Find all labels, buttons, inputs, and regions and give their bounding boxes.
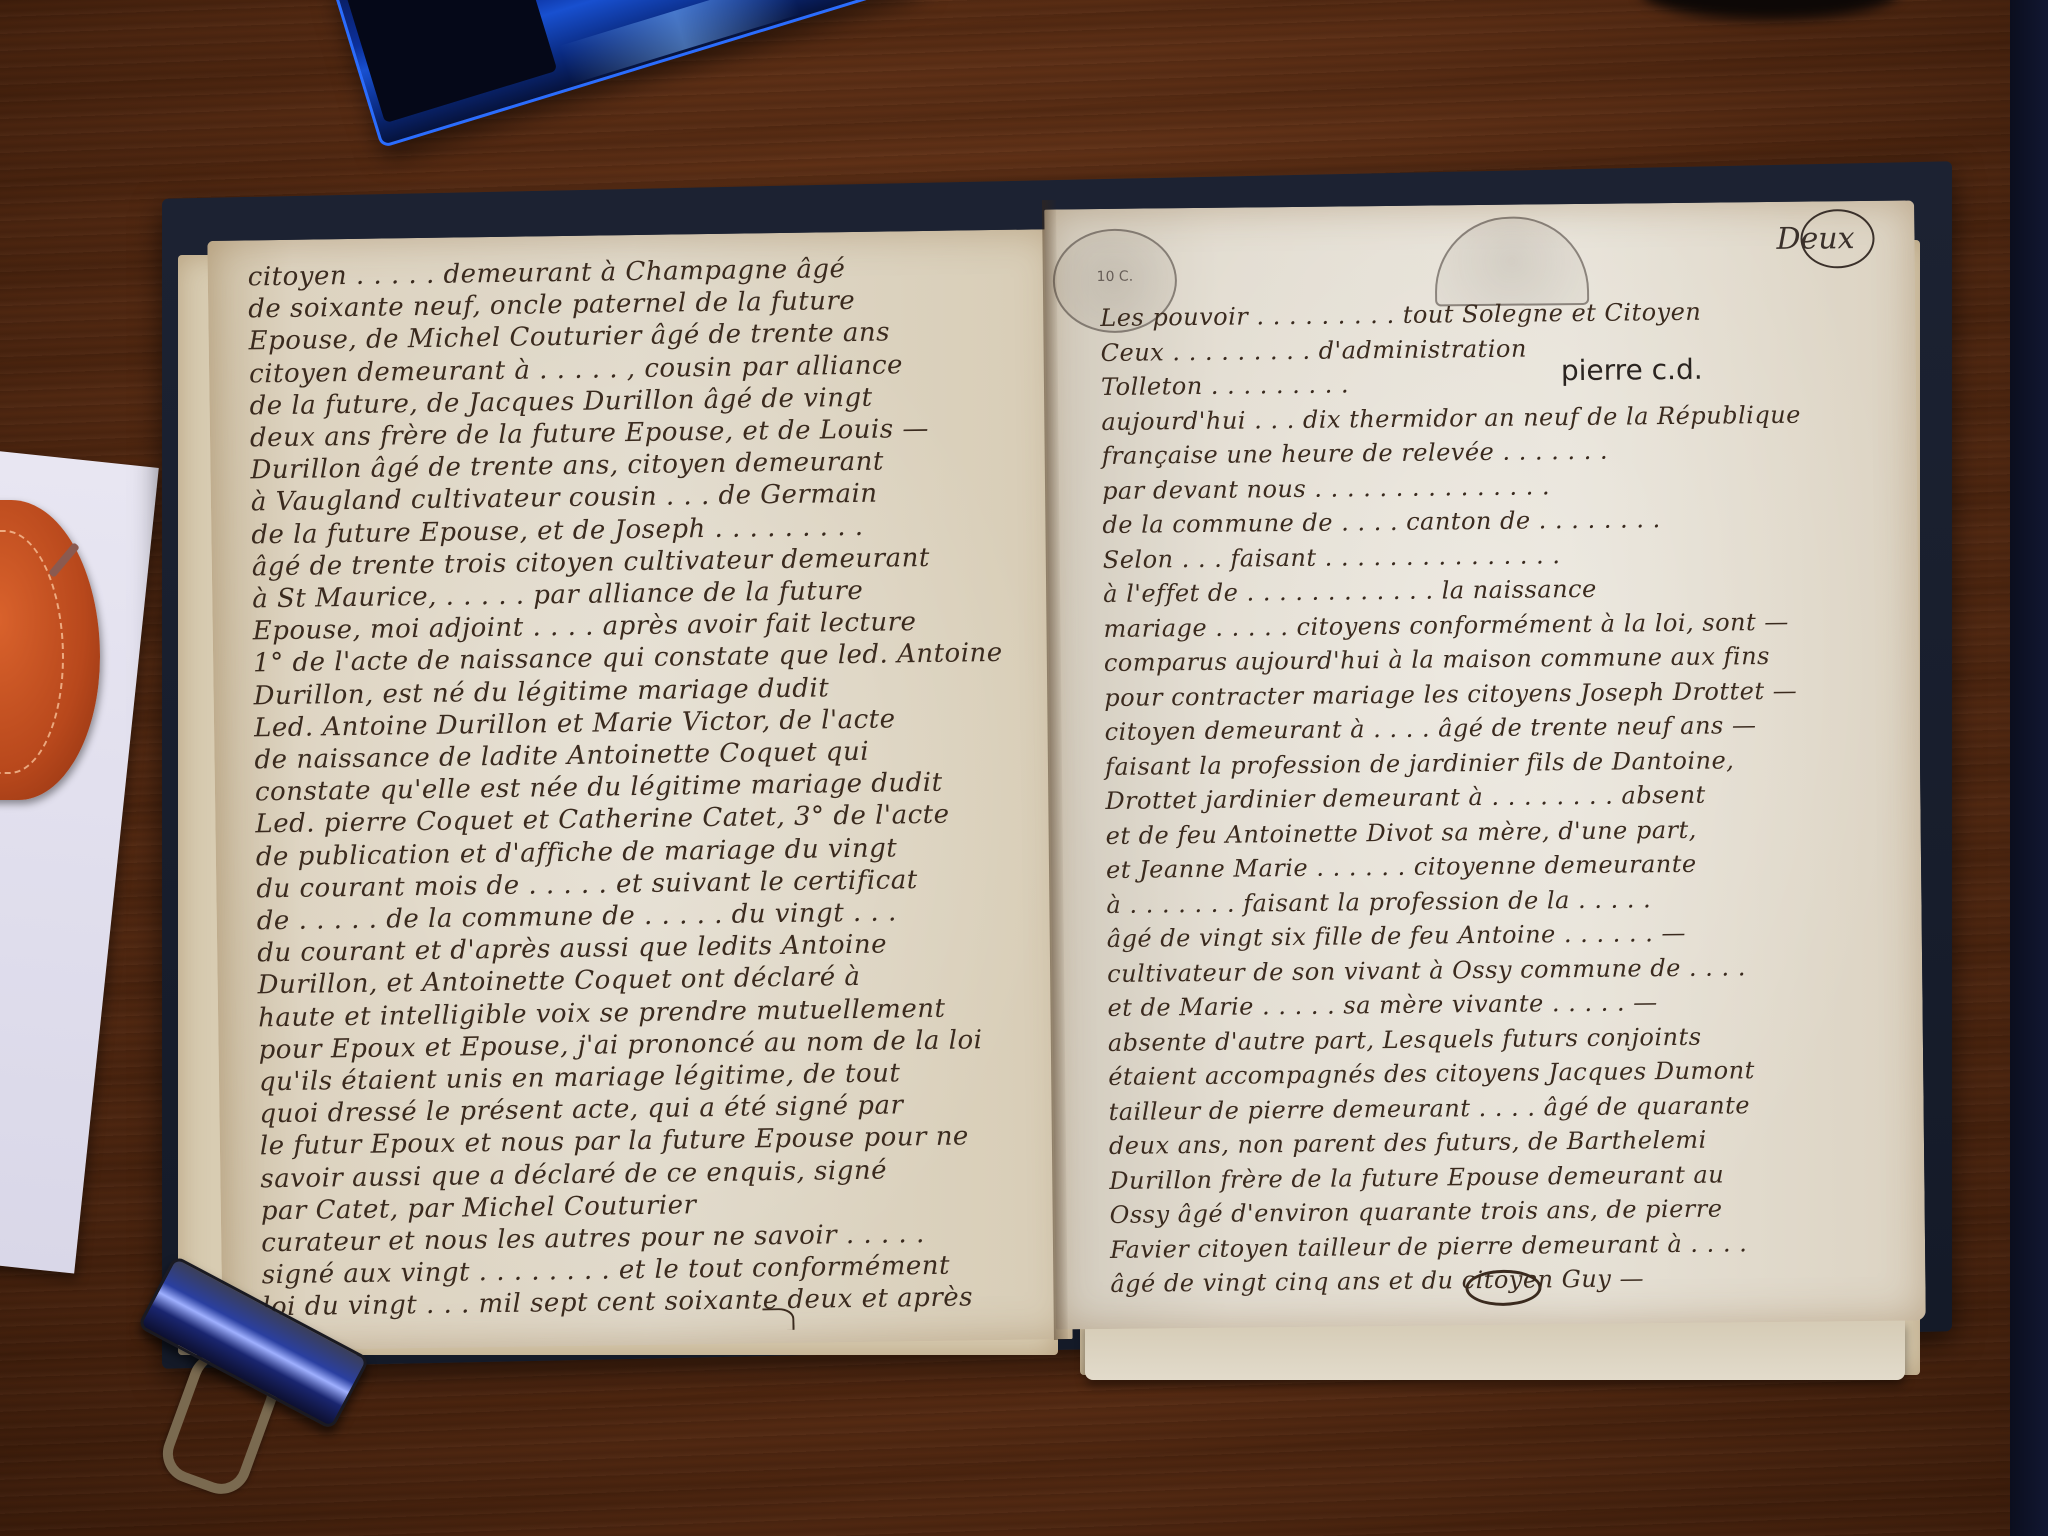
blue-plastic-object [330,0,923,148]
handwritten-line: cultivateur de son vivant à Ossy commune… [1107,951,1922,988]
signature-paraph-icon [1465,1269,1541,1306]
handwritten-line: par devant nous . . . . . . . . . . . . … [1102,468,1917,505]
page-number: Deux [1776,221,1854,257]
handwritten-line: à l'effet de . . . . . . . . . . . . la … [1103,571,1918,608]
handwritten-line: mariage . . . . . citoyens conformément … [1103,606,1918,643]
paraph-mark-icon [762,1308,794,1330]
right-lower-pages [1085,1320,1905,1380]
handwritten-line: Selon . . . faisant . . . . . . . . . . … [1103,537,1918,574]
handwritten-line: Les pouvoir . . . . . . . . . tout Soleg… [1100,295,1915,332]
handwritten-line: comparus aujourd'hui à la maison commune… [1104,640,1919,677]
handwritten-line: française une heure de relevée . . . . .… [1102,433,1917,470]
handwritten-line: absente d'autre part, Lesquels futurs co… [1108,1020,1923,1057]
handwritten-line: faisant la profession de jardinier fils … [1105,744,1920,781]
dome-embossed-stamp-icon [1434,216,1589,307]
handwritten-line: de la commune de . . . . canton de . . .… [1102,502,1917,539]
handwritten-line: Tolleton . . . . . . . . . [1101,364,1916,401]
dark-binder-edge [2010,0,2048,1536]
handwritten-line: âgé de vingt six fille de feu Antoine . … [1107,916,1922,953]
handwritten-line: et de Marie . . . . . sa mère vivante . … [1107,985,1922,1022]
handwritten-line: Favier citoyen tailleur de pierre demeur… [1110,1227,1925,1264]
handwritten-line: citoyen demeurant à . . . . âgé de trent… [1104,709,1919,746]
handwritten-line: Drottet jardinier demeurant à . . . . . … [1105,778,1920,815]
handwritten-line: Ossy âgé d'environ quarante trois ans, d… [1110,1192,1925,1229]
stamp-text: 10 C. [1055,268,1175,285]
handwritten-line: étaient accompagnés des citoyens Jacques… [1108,1054,1923,1091]
left-page: citoyen . . . . . demeurant à Champagne … [207,229,1072,1351]
handwritten-line: tailleur de pierre demeurant . . . . âgé… [1108,1089,1923,1126]
handwritten-line: aujourd'hui . . . dix thermidor an neuf … [1101,399,1916,436]
dark-object-shadow [1640,0,1900,20]
handwritten-line: Durillon frère de la future Epouse demeu… [1109,1158,1924,1195]
handwritten-line: Ceux . . . . . . . . . d'administration [1101,330,1916,367]
right-page: 10 C. Deux pierre c.d. Les pouvoir . . .… [1044,200,1926,1329]
handwritten-line: et Jeanne Marie . . . . . . citoyenne de… [1106,847,1921,884]
handwritten-line: et de feu Antoinette Divot sa mère, d'un… [1106,813,1921,850]
handwritten-line: deux ans, non parent des futurs, de Bart… [1109,1123,1924,1160]
handwritten-line: à . . . . . . . faisant la profession de… [1106,882,1921,919]
handwritten-line: pour contracter mariage les citoyens Jos… [1104,675,1919,712]
